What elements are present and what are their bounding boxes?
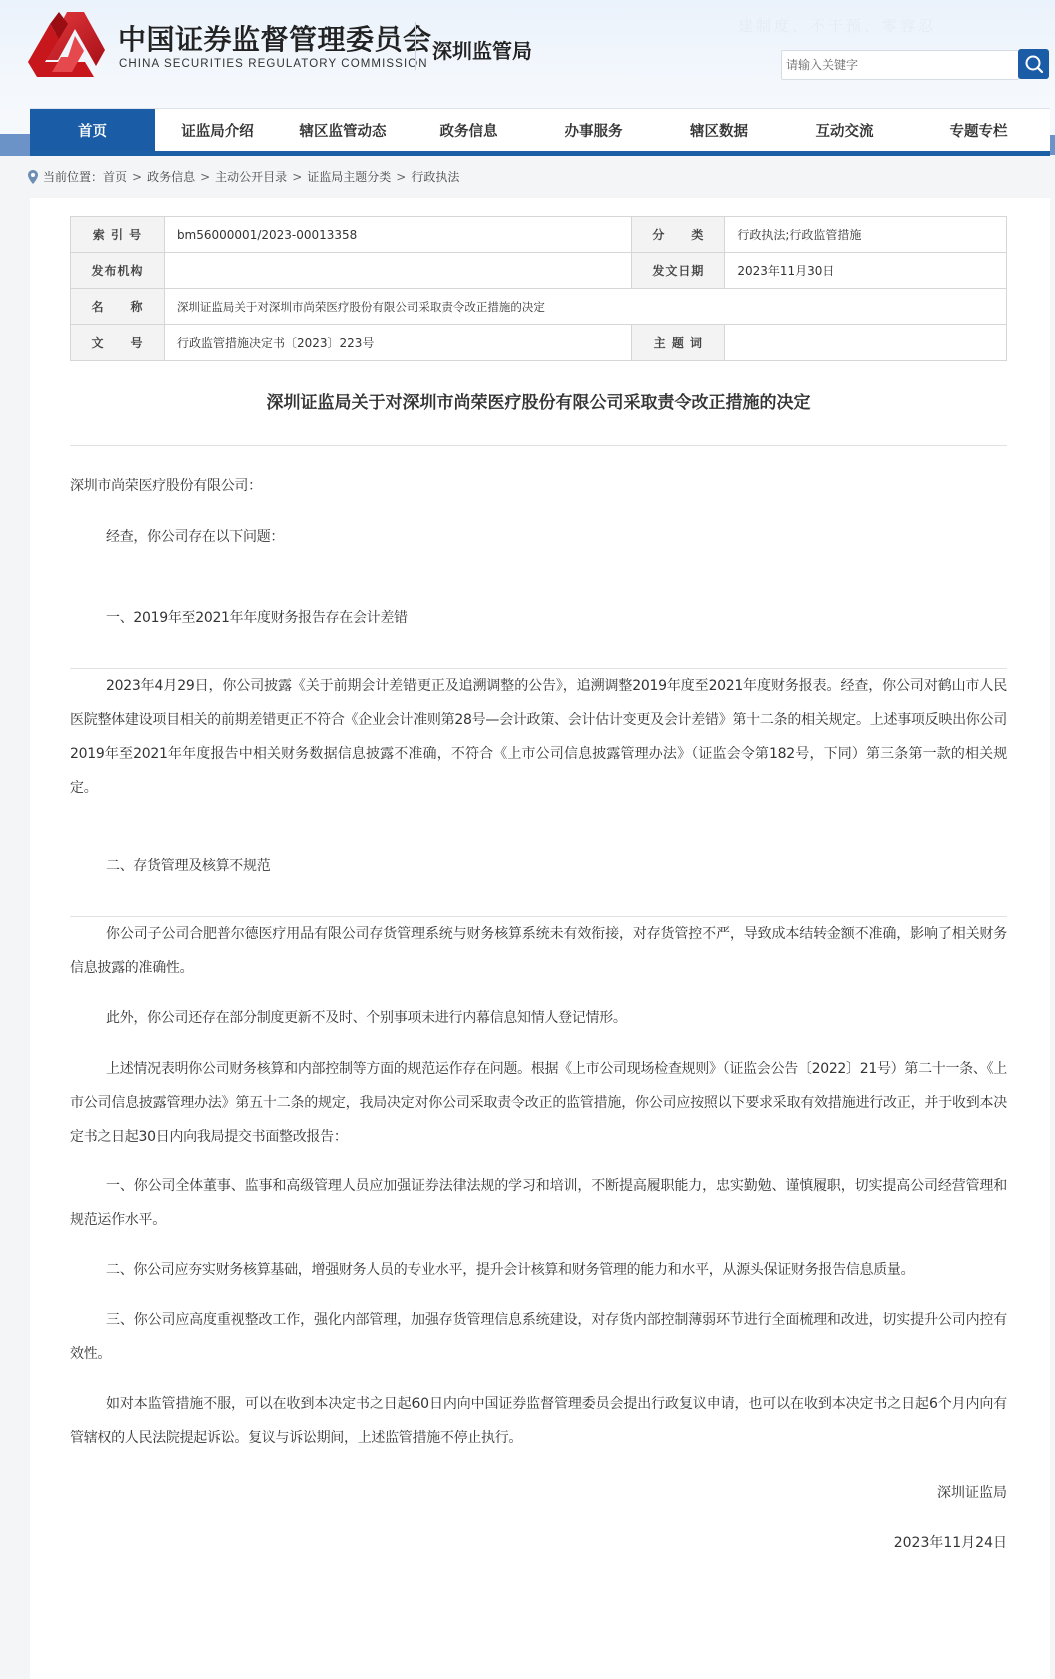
title-divider (415, 22, 416, 70)
nav-item-home[interactable]: 首页 (30, 109, 155, 151)
header-accent-band-left (0, 134, 30, 156)
breadcrumb-link-administrative-enforcement[interactable]: 行政执法 (411, 168, 459, 185)
index-label: 索 引 号 (71, 217, 165, 253)
breadcrumb-link-topic-category[interactable]: 证监局主题分类 (307, 168, 391, 185)
signature-date: 2023年11月24日 (894, 1532, 1007, 1552)
org-name-en: CHINA SECURITIES REGULATORY COMMISSION (119, 58, 428, 70)
breadcrumb-link-government-info[interactable]: 政务信息 (147, 168, 195, 185)
breadcrumb-separator: > (132, 170, 142, 184)
nav-label: 互动交流 (816, 120, 874, 141)
date-value: 2023年11月30日 (725, 253, 1007, 289)
name-value: 深圳证监局关于对深圳市尚荣医疗股份有限公司采取责令改正措施的决定 (164, 289, 1006, 325)
requirement-2: 二、你公司应夯实财务核算基础，增强财务人员的专业水平，提升会计核算和财务管理的能… (70, 1253, 1007, 1287)
nav-item-bureau-intro[interactable]: 证监局介绍 (155, 109, 280, 151)
nav-label: 辖区数据 (690, 120, 748, 141)
org-name-cn: 中国证券监督管理委员会 (118, 18, 432, 58)
content-panel: 索 引 号 bm56000001/2023-00013358 分 类 行政执法;… (30, 198, 1050, 1679)
docno-value: 行政监管措施决定书〔2023〕223号 (164, 325, 631, 361)
nav-item-government-info[interactable]: 政务信息 (406, 109, 531, 151)
nav-label: 辖区监管动态 (300, 120, 387, 141)
csrc-logo-icon[interactable] (28, 10, 106, 82)
section1-body: 2023年4月29日，你公司披露《关于前期会计差错更正及追溯调整的公告》，追溯调… (70, 669, 1007, 805)
keyword-value (725, 325, 1007, 361)
nav-item-interaction[interactable]: 互动交流 (782, 109, 907, 151)
search-button[interactable] (1018, 49, 1049, 79)
requirement-3: 三、你公司应高度重视整改工作，强化内部管理，加强存货管理信息系统建设，对存货内部… (70, 1303, 1007, 1371)
title-divider-line (70, 445, 1007, 446)
name-label: 名 称 (71, 289, 165, 325)
bureau-name: 深圳监管局 (432, 35, 532, 64)
slogan: 建制度、不干预、零容忍 (738, 15, 936, 36)
document-title: 深圳证监局关于对深圳市尚荣医疗股份有限公司采取责令改正措施的决定 (70, 388, 1007, 413)
search-input[interactable] (781, 50, 1019, 80)
breadcrumb-link-disclosure-catalog[interactable]: 主动公开目录 (215, 168, 287, 185)
breadcrumb-separator: > (396, 170, 406, 184)
keyword-label: 主 题 词 (632, 325, 725, 361)
category-value: 行政执法;行政监管措施 (725, 217, 1007, 253)
table-row: 文 号 行政监管措施决定书〔2023〕223号 主 题 词 (71, 325, 1007, 361)
table-row: 发布机构 发文日期 2023年11月30日 (71, 253, 1007, 289)
document-metadata-table: 索 引 号 bm56000001/2023-00013358 分 类 行政执法;… (70, 216, 1007, 361)
addressee: 深圳市尚荣医疗股份有限公司： (70, 469, 1007, 503)
intro-paragraph: 经查，你公司存在以下问题： (70, 520, 1007, 554)
index-value: bm56000001/2023-00013358 (164, 217, 631, 253)
publisher-label: 发布机构 (71, 253, 165, 289)
nav-item-regional-supervision[interactable]: 辖区监管动态 (280, 109, 406, 151)
table-row: 名 称 深圳证监局关于对深圳市尚荣医疗股份有限公司采取责令改正措施的决定 (71, 289, 1007, 325)
nav-item-special-topics[interactable]: 专题专栏 (907, 109, 1050, 151)
breadcrumb-separator: > (292, 170, 302, 184)
date-label: 发文日期 (632, 253, 725, 289)
signature: 深圳证监局 (937, 1482, 1007, 1502)
docno-label: 文 号 (71, 325, 165, 361)
requirement-1: 一、你公司全体董事、监事和高级管理人员应加强证券法律法规的学习和培训，不断提高履… (70, 1169, 1007, 1237)
section2-heading: 二、存货管理及核算不规范 (70, 849, 1007, 883)
main-nav: 首页 证监局介绍 辖区监管动态 政务信息 办事服务 辖区数据 互动交流 专题专栏 (30, 108, 1050, 156)
table-row: 索 引 号 bm56000001/2023-00013358 分 类 行政执法;… (71, 217, 1007, 253)
breadcrumb: 当前位置： 首页 > 政务信息 > 主动公开目录 > 证监局主题分类 > 行政执… (28, 168, 459, 185)
appeal-paragraph: 如对本监管措施不服，可以在收到本决定书之日起60日内向中国证券监督管理委员会提出… (70, 1387, 1007, 1455)
section1-heading: 一、2019年至2021年年度财务报告存在会计差错 (70, 601, 1007, 635)
nav-item-services[interactable]: 办事服务 (531, 109, 656, 151)
breadcrumb-prefix: 当前位置： (43, 168, 103, 185)
section2-body: 你公司子公司合肥普尔德医疗用品有限公司存货管理系统与财务核算系统未有效衔接，对存… (70, 917, 1007, 985)
search-icon (1024, 54, 1044, 74)
category-label: 分 类 (632, 217, 725, 253)
nav-label: 首页 (78, 120, 107, 141)
publisher-value (164, 253, 631, 289)
breadcrumb-separator: > (200, 170, 210, 184)
nav-label: 证监局介绍 (181, 120, 254, 141)
additional-paragraph: 此外，你公司还存在部分制度更新不及时、个别事项未进行内幕信息知情人登记情形。 (70, 1001, 1007, 1035)
nav-label: 专题专栏 (950, 120, 1008, 141)
location-pin-icon (28, 170, 38, 184)
breadcrumb-link-home[interactable]: 首页 (103, 168, 127, 185)
nav-label: 政务信息 (440, 120, 498, 141)
nav-item-regional-data[interactable]: 辖区数据 (656, 109, 782, 151)
nav-label: 办事服务 (565, 120, 623, 141)
decision-paragraph: 上述情况表明你公司财务核算和内部控制等方面的规范运作存在问题。根据《上市公司现场… (70, 1052, 1007, 1154)
